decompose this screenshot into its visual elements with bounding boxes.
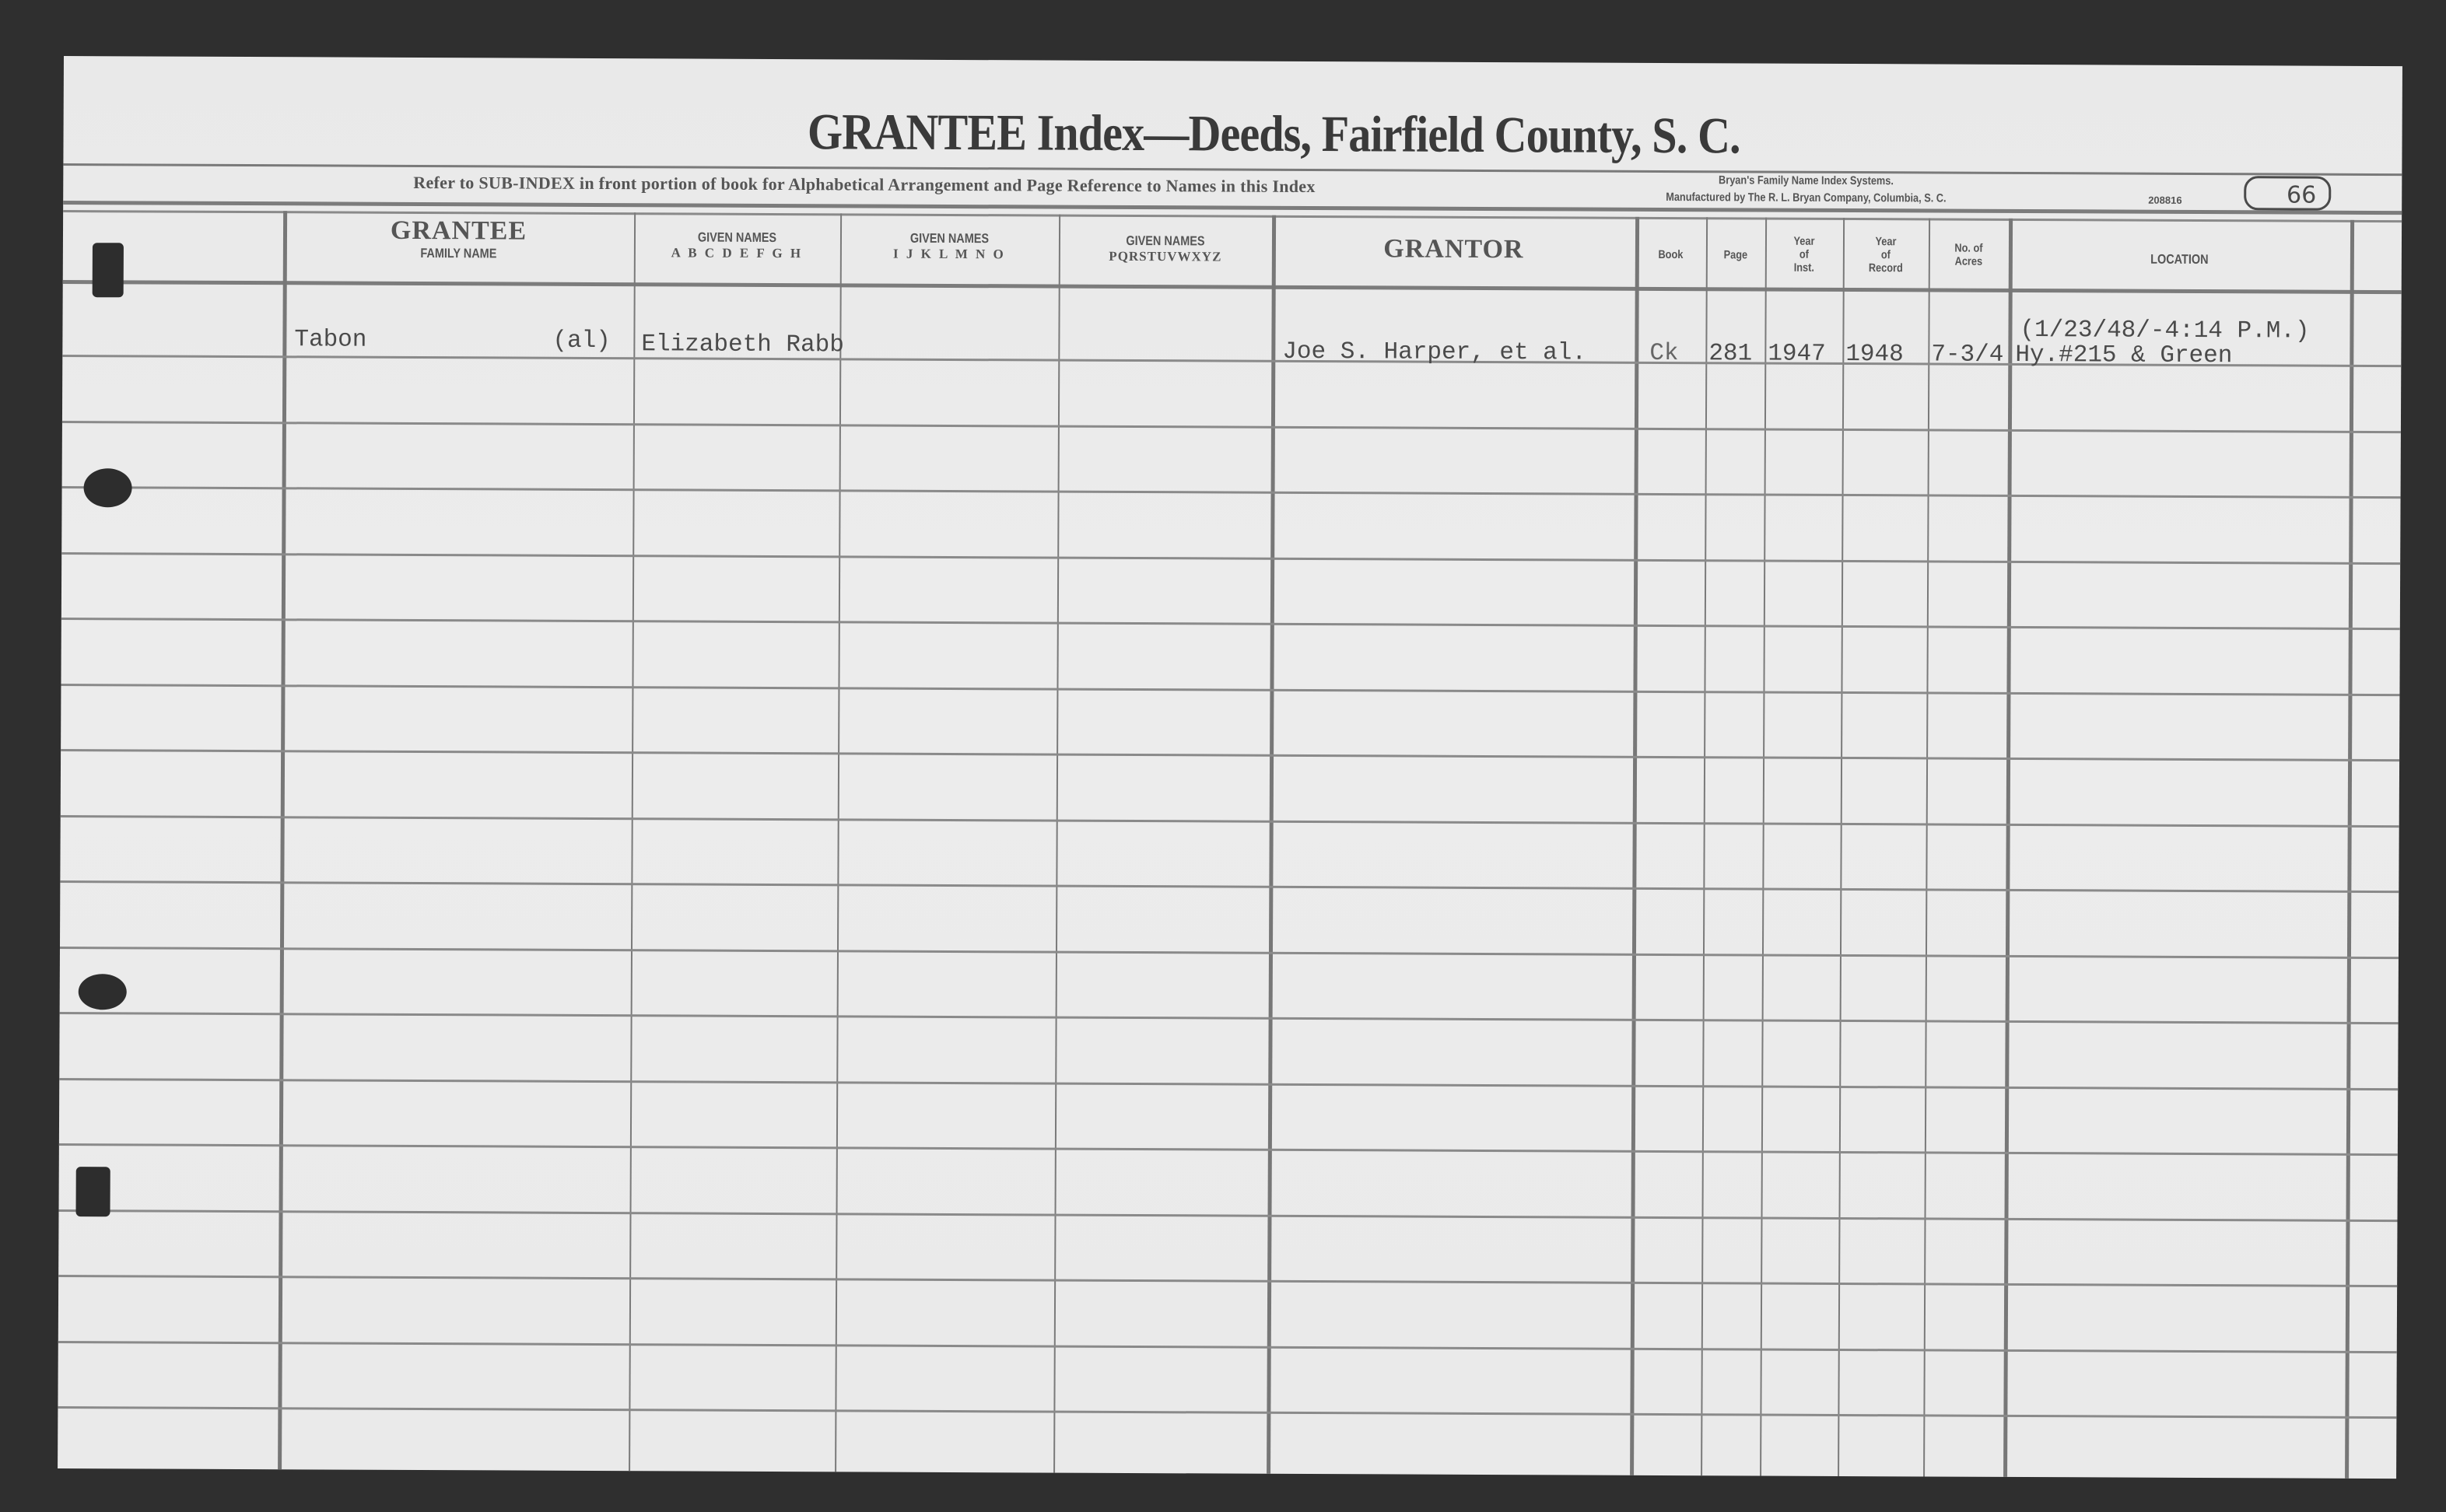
header-location: LOCATION: [2009, 251, 2350, 268]
col-line-book: [1630, 217, 1639, 1475]
header-acres-line1: No. of: [1935, 241, 2003, 254]
book-value: Ck: [1649, 340, 1678, 367]
page-value: 281: [1708, 340, 1752, 367]
col-line-given-ah: [629, 212, 636, 1471]
header-given-names-label: GIVEN NAMES: [1074, 233, 1256, 250]
col-line-end: [2345, 220, 2354, 1479]
row-rule: [59, 1209, 2398, 1222]
header-grantee-title: GRANTEE: [283, 215, 634, 247]
row-rule: [58, 1406, 2396, 1419]
header-page-label: Page: [1711, 248, 1761, 261]
header-given-names-io: GIVEN NAMES I J K L M N O: [840, 230, 1059, 262]
grantee-index-card: GRANTEE Index—Deeds, Fairfield County, S…: [58, 56, 2402, 1479]
card-title: GRANTEE Index—Deeds, Fairfield County, S…: [204, 100, 2262, 169]
col-line-given-pz: [1053, 215, 1060, 1473]
header-given-names-pz: GIVEN NAMES PQRSTUVWXYZ: [1059, 233, 1272, 265]
header-bottom-rule: [63, 280, 2402, 294]
header-year-inst-line1: Year: [1771, 235, 1837, 248]
header-letters-ah: A B C D E F G H: [634, 245, 840, 261]
row-rule: [60, 880, 2399, 893]
grantor-name: Joe S. Harper, et al.: [1282, 338, 1586, 367]
header-page: Page: [1706, 248, 1765, 261]
header-year-record-line2: of: [1849, 248, 1922, 261]
col-line-page: [1701, 217, 1708, 1475]
row-rule: [61, 618, 2400, 630]
col-line-given-io: [835, 213, 842, 1472]
row-rule: [60, 1012, 2399, 1024]
header-book: Book: [1635, 248, 1706, 261]
header-letters-pz: PQRSTUVWXYZ: [1059, 249, 1272, 265]
header-location-label: LOCATION: [2034, 251, 2325, 268]
row-rule: [58, 1341, 2397, 1353]
col-line-year-inst: [1760, 218, 1767, 1476]
row-rule: [60, 947, 2399, 959]
header-family-name: FAMILY NAME: [310, 245, 608, 262]
col-line-grantor: [1267, 215, 1276, 1474]
header-given-names-ah: GIVEN NAMES A B C D E F G H: [634, 229, 840, 261]
row-rule: [59, 1078, 2398, 1090]
row-rule: [59, 1143, 2398, 1156]
year-record-value: 1948: [1845, 341, 1904, 368]
manufacturer-line-1: Bryan's Family Name Index Systems.: [1666, 172, 1946, 191]
header-acres-line2: Acres: [1935, 254, 2003, 268]
header-grantor-title: GRANTOR: [1272, 234, 1635, 265]
punch-hole-slot-top: [93, 243, 124, 297]
header-year-inst: Year of Inst.: [1765, 235, 1843, 275]
header-given-names-label: GIVEN NAMES: [857, 230, 1043, 247]
header-year-record: Year of Record: [1843, 235, 1929, 275]
form-number: 208816: [2148, 194, 2181, 206]
year-inst-value: 1947: [1768, 341, 1826, 368]
sub-index-note: Refer to SUB-INDEX in front portion of b…: [413, 173, 1316, 197]
header-year-inst-line3: Inst.: [1771, 261, 1837, 275]
header-acres: No. of Acres: [1929, 241, 2009, 268]
col-line-acres: [1923, 218, 1930, 1476]
grantee-family-name: Tabon: [294, 326, 366, 353]
location-line-1: (1/23/48/-4:14 P.M.): [2020, 317, 2309, 345]
row-rule: [61, 749, 2399, 761]
entry-row: Tabon (al) Elizabeth Rabb Joe S. Harper,…: [64, 56, 2402, 66]
col-line-year-record: [1838, 218, 1845, 1476]
manufacturer-line-2: Manufactured by The R. L. Bryan Company,…: [1666, 189, 1946, 208]
location-line-2: Hy.#215 & Green: [2015, 341, 2232, 369]
manufacturer-note: Bryan's Family Name Index Systems. Manuf…: [1666, 172, 1947, 208]
acres-value: 7-3/4: [1931, 341, 2003, 368]
header-year-record-line1: Year: [1849, 235, 1922, 248]
row-rule: [62, 421, 2401, 433]
punch-hole-round-top: [83, 468, 131, 507]
row-rule: [61, 815, 2399, 828]
row-rule: [61, 684, 2399, 696]
header-letters-io: I J K L M N O: [840, 246, 1059, 262]
page-number-badge: 66: [2244, 176, 2331, 210]
row-rule: [61, 552, 2400, 565]
col-line-grantee: [278, 211, 287, 1469]
grantee-family-note: (al): [552, 327, 611, 355]
punch-hole-slot-bottom: [75, 1167, 110, 1216]
col-line-location: [2003, 219, 2013, 1477]
grantee-given-names: Elizabeth Rabb: [641, 331, 844, 359]
punch-hole-round-bottom: [79, 974, 127, 1010]
row-rule: [62, 486, 2401, 499]
header-grantee: GRANTEE FAMILY NAME: [283, 215, 634, 262]
header-year-record-line3: Record: [1849, 261, 1922, 275]
row-rule: [58, 1275, 2397, 1287]
header-grantor: GRANTOR: [1272, 234, 1635, 265]
header-book-label: Book: [1641, 248, 1701, 261]
header-given-names-label: GIVEN NAMES: [650, 229, 825, 246]
header-year-inst-line2: of: [1771, 248, 1837, 261]
